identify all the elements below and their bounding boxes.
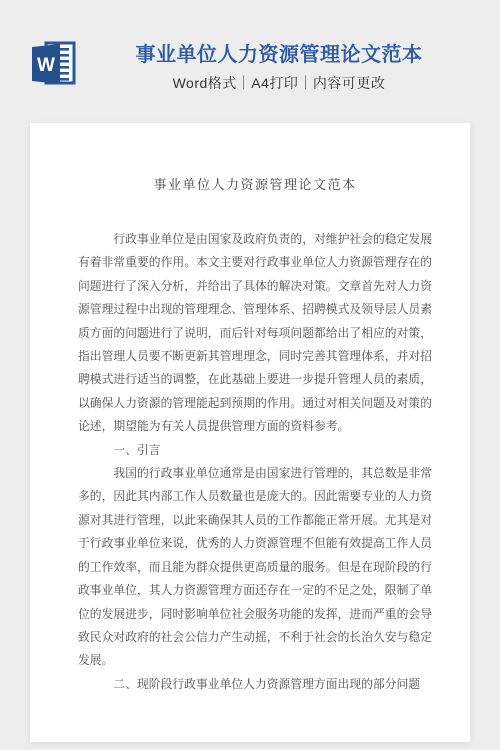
paragraph-abstract: 行政事业单位是由国家及政府负责的，对维护社会的稳定发展有着非常重要的作用。本文主… (78, 228, 432, 439)
heading-problems: 二、现阶段行政事业单位人力资源管理方面出现的部分问题 (78, 673, 432, 696)
header-text-block: 事业单位人力资源管理论文范本 Word格式｜A4打印｜内容可更改 (76, 40, 482, 93)
preview-header: W 事业单位人力资源管理论文范本 Word格式｜A4打印｜内容可更改 (0, 0, 500, 123)
document-title: 事业单位人力资源管理论文范本 (78, 175, 432, 195)
app-background: { "header": { "icon": "word-icon", "titl… (0, 0, 500, 750)
header-title: 事业单位人力资源管理论文范本 (76, 42, 482, 68)
word-icon-letter: W (37, 55, 55, 76)
paragraph-introduction: 我国的行政事业单位通常是由国家进行管理的，其总数是非常多的，因此其内部工作人员数… (78, 462, 432, 673)
document-page: 事业单位人力资源管理论文范本 行政事业单位是由国家及政府负责的，对维护社会的稳定… (30, 123, 470, 742)
header-subtitle: Word格式｜A4打印｜内容可更改 (76, 73, 482, 93)
heading-introduction: 一、引言 (78, 439, 432, 462)
word-icon: W (30, 41, 76, 85)
